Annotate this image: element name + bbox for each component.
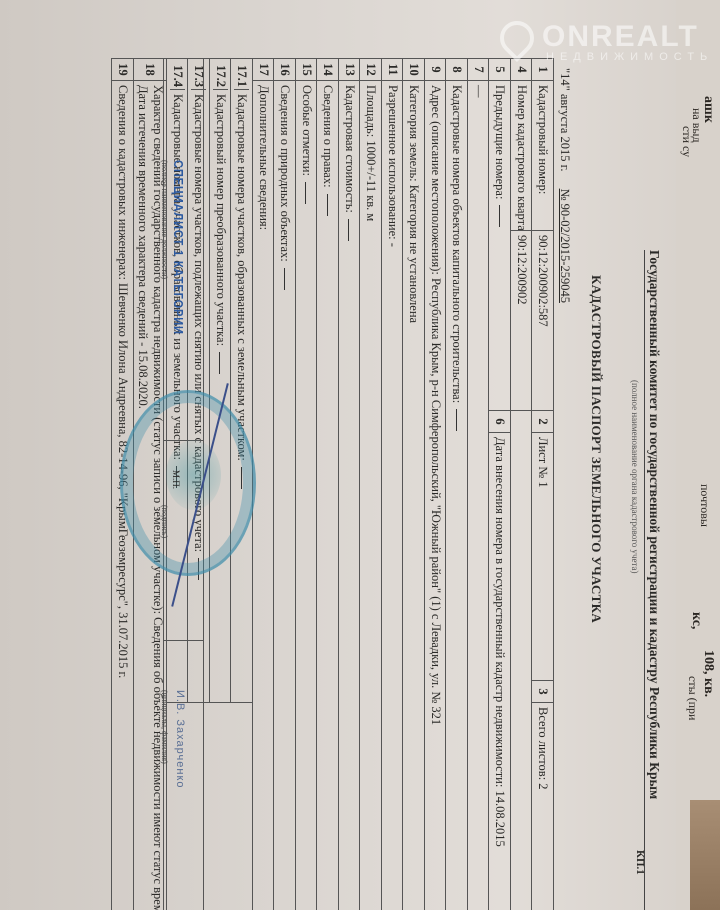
cadastral-passport-page: КП.1 Государственный комитет по государс… bbox=[0, 0, 676, 910]
row-text: Площадь: 1000+/-11 кв. м bbox=[360, 81, 382, 910]
underlying-text: почтовы bbox=[697, 484, 712, 527]
additional-info-item: 17.2Кадастровый номер преобразованного у… bbox=[210, 59, 232, 703]
quarter-number-value: 90:12:200902 bbox=[511, 231, 533, 411]
cadastral-number-label: Кадастровый номер: bbox=[532, 81, 554, 231]
total-sheets: Всего листов: 2 bbox=[532, 703, 554, 910]
name-hint: (инициалы, фамилия) bbox=[160, 690, 169, 764]
position-hint: (полное наименование должности) bbox=[160, 160, 169, 279]
signature-hint: (подпись) bbox=[160, 505, 169, 538]
organization-name: Государственный комитет по государственн… bbox=[644, 250, 662, 910]
table-row: 12 Площадь: 1000+/-11 кв. м bbox=[360, 59, 382, 910]
quarter-number-label: Номер кадастрового квартала: bbox=[511, 81, 533, 231]
registration-date: Дата внесения номера в государственный к… bbox=[489, 433, 511, 910]
table-row: 7 — bbox=[468, 59, 490, 910]
row-text: Адрес (описание местоположения): Республ… bbox=[425, 81, 447, 910]
row-text: Кадастровые номера объектов капитального… bbox=[446, 81, 468, 910]
watermark-logo-icon bbox=[493, 14, 541, 62]
underlying-text: 108, кв. bbox=[700, 650, 716, 697]
official-name: И.В. Захарченко bbox=[174, 690, 186, 789]
underlying-text: сты (при bbox=[685, 676, 700, 720]
cadastral-number-value: 90:12:200902:587 bbox=[532, 231, 554, 411]
table-row: 13 Кадастровая стоимость: bbox=[339, 59, 361, 910]
row-text: Сведения о природных объектах: bbox=[274, 81, 296, 910]
watermark: ONREALT НЕДВИЖИМОСТЬ bbox=[500, 20, 713, 63]
underlying-text: кс, bbox=[688, 612, 704, 629]
table-row: 4 Номер кадастрового квартала: 90:12:200… bbox=[511, 59, 533, 910]
official-position: СПЕЦИАЛИСТ 1 КАТЕГОРИИ bbox=[171, 160, 186, 335]
row-text: Кадастровая стоимость: bbox=[339, 81, 361, 910]
table-row: 11 Разрешенное использование: - bbox=[382, 59, 404, 910]
document-number: № 90-02/2015-259045 bbox=[558, 189, 572, 303]
row-text: Разрешенное использование: - bbox=[382, 81, 404, 910]
table-surface bbox=[690, 800, 720, 910]
row-text: Категория земель: Категория не установле… bbox=[403, 81, 425, 910]
table-row: 8 Кадастровые номера объектов капитально… bbox=[446, 59, 468, 910]
table-row: 1 Кадастровый номер: 90:12:200902:587 2 … bbox=[532, 59, 554, 910]
table-row: 10 Категория земель: Категория не устано… bbox=[403, 59, 425, 910]
previous-numbers: Предыдущие номера: bbox=[489, 81, 511, 411]
underlying-text: сти су bbox=[679, 126, 694, 157]
row-text: Особые отметки: bbox=[296, 81, 318, 910]
issue-date: "14" августа 2015 г. bbox=[558, 68, 572, 171]
row-text: Сведения о правах: bbox=[317, 81, 339, 910]
sheet-number: Лист № 1 bbox=[532, 433, 554, 681]
stamp-mark: М.П. bbox=[171, 470, 181, 489]
table-row: 14 Сведения о правах: bbox=[317, 59, 339, 910]
additional-info-item: 17.1Кадастровые номера участков, образов… bbox=[231, 59, 253, 703]
document-title: КАДАСТРОВЫЙ ПАСПОРТ ЗЕМЕЛЬНОГО УЧАСТКА bbox=[588, 275, 604, 623]
table-row: 16 Сведения о природных объектах: bbox=[274, 59, 296, 910]
table-row: 9 Адрес (описание местоположения): Респу… bbox=[425, 59, 447, 910]
additional-info-title: Дополнительные сведения: bbox=[253, 81, 275, 910]
issue-date-line: "14" августа 2015 г. № 90-02/2015-259045 bbox=[557, 68, 572, 303]
organization-hint: (полное наименование органа кадастрового… bbox=[630, 380, 640, 574]
table-row: 5 Предыдущие номера: 6 Дата внесения ном… bbox=[489, 59, 511, 910]
table-row: 15 Особые отметки: bbox=[296, 59, 318, 910]
